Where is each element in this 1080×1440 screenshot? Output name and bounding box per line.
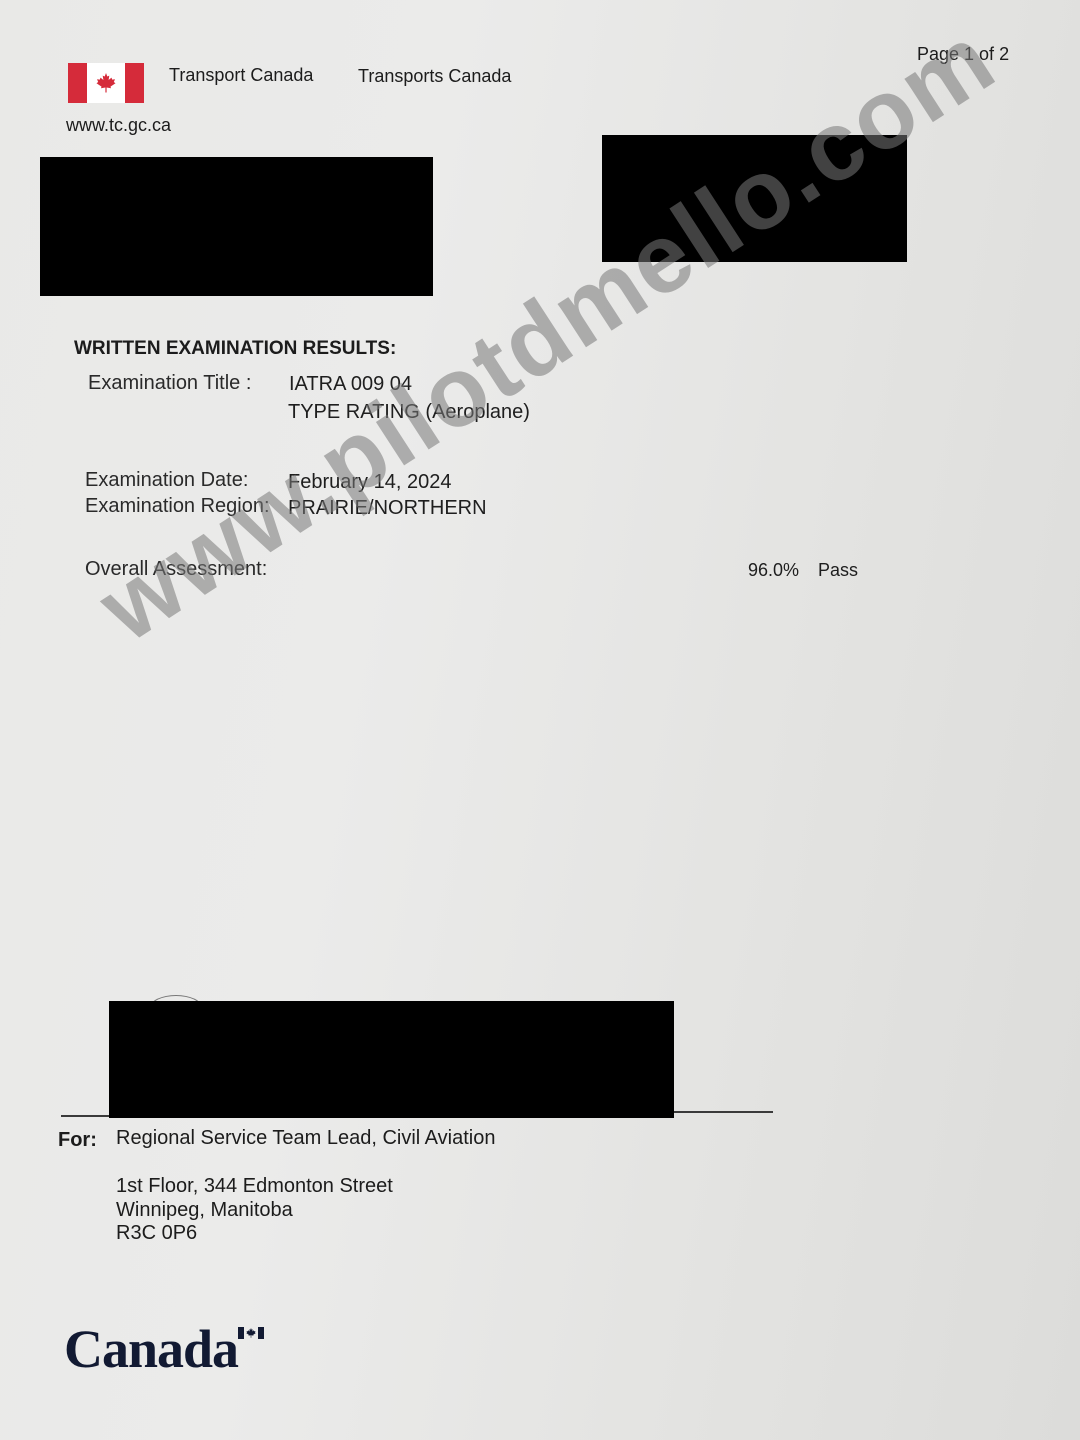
address-line-2: Winnipeg, Manitoba — [116, 1199, 293, 1222]
department-name-fr: Transports Canada — [358, 66, 511, 87]
website-link[interactable]: www.tc.gc.ca — [66, 115, 171, 136]
redacted-block-address — [40, 157, 433, 296]
address-line-1: 1st Floor, 344 Edmonton Street — [116, 1175, 393, 1198]
canada-flag-icon — [68, 63, 144, 103]
watermark: www.pilotdmello.com — [79, 2, 1014, 664]
redacted-signature — [109, 1001, 674, 1118]
address-line-3: R3C 0P6 — [116, 1222, 197, 1245]
exam-title-label: Examination Title : — [88, 372, 251, 395]
canada-wordmark-flag-icon — [238, 1327, 264, 1339]
department-name-en: Transport Canada — [169, 65, 313, 86]
for-value: Regional Service Team Lead, Civil Aviati… — [116, 1127, 495, 1150]
for-label: For: — [58, 1129, 97, 1152]
maple-leaf-icon — [94, 71, 118, 95]
assessment-result: Pass — [818, 560, 858, 581]
section-heading: WRITTEN EXAMINATION RESULTS: — [74, 338, 396, 360]
canada-wordmark: Canada — [64, 1318, 238, 1380]
signature-line-right — [672, 1111, 773, 1113]
assessment-score: 96.0% — [748, 560, 799, 581]
